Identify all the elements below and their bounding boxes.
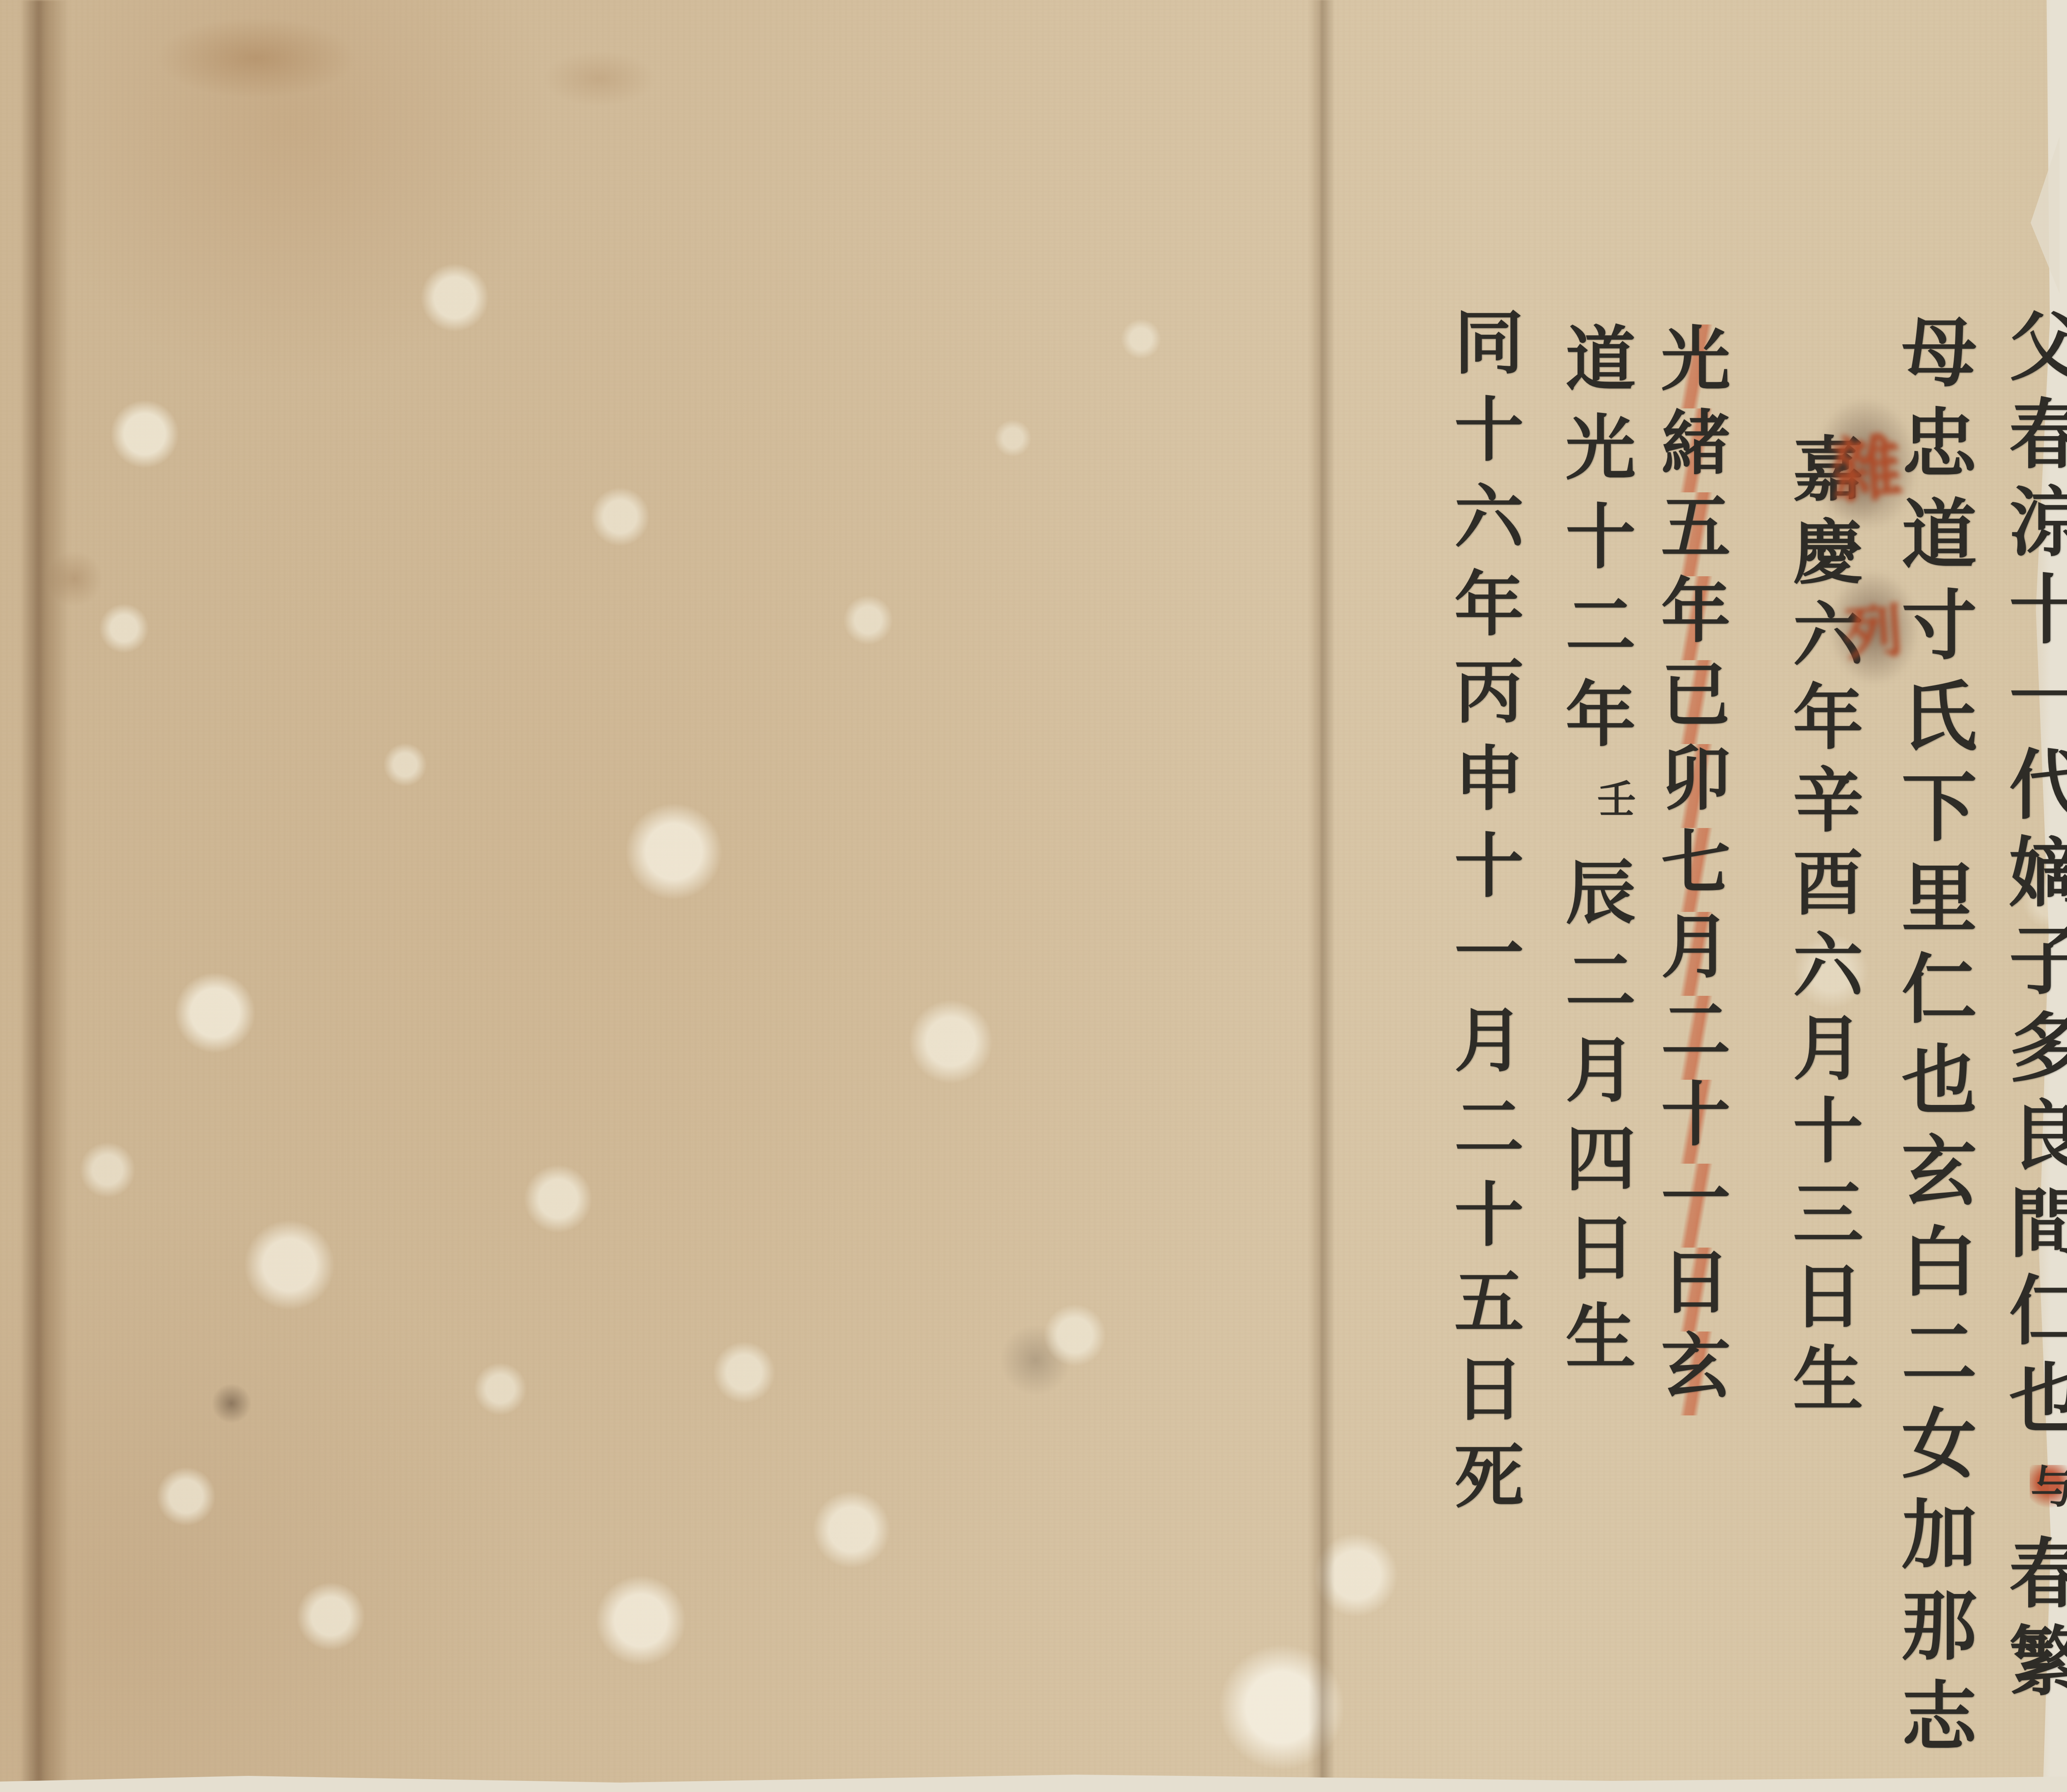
glyph: 丙 bbox=[1453, 657, 1525, 744]
glyph: 六 bbox=[1453, 482, 1525, 570]
glyph: 已 bbox=[1659, 660, 1732, 744]
glyph: 那 bbox=[1900, 1588, 1979, 1679]
glyph: 申 bbox=[1453, 744, 1525, 831]
glyph: 春 bbox=[2007, 1536, 2067, 1624]
glyph: 壬 bbox=[1597, 780, 1637, 828]
glyph: 玄 bbox=[1900, 1133, 1979, 1224]
glyph: 与 bbox=[2030, 1465, 2067, 1516]
glyph: 年 bbox=[1564, 680, 1637, 769]
glyph: 六 bbox=[1791, 931, 1865, 1014]
glyph: 十 bbox=[1791, 1096, 1865, 1179]
glyph: 月 bbox=[1564, 1036, 1637, 1124]
glyph: 年 bbox=[1659, 576, 1732, 660]
glyph: 一 bbox=[1453, 919, 1525, 1006]
glyph: 涼 bbox=[2007, 484, 2067, 572]
manuscript-page: 春靜童名戝佐父春涼十一代嫡子多良間仁也与春繁母忠道寸氏下里仁也玄白二女加那志嘉慶… bbox=[0, 0, 2067, 1792]
glyph: 五 bbox=[1659, 492, 1732, 576]
glyph: 代 bbox=[2007, 747, 2067, 835]
glyph: 月 bbox=[1791, 1014, 1865, 1096]
text-column-struck-date: 光緒五年已卯七月二十一日玄 bbox=[1659, 325, 1732, 1415]
glyph: 二 bbox=[1564, 591, 1637, 680]
glyph: 二 bbox=[1564, 947, 1637, 1036]
glyph: 生 bbox=[1791, 1344, 1865, 1427]
glyph: 三 bbox=[1791, 1179, 1865, 1262]
glyph: 父 bbox=[2007, 309, 2067, 397]
glyph: 卯 bbox=[1659, 744, 1732, 828]
glyph: 也 bbox=[2007, 1361, 2067, 1448]
glyph: 春 bbox=[2007, 397, 2067, 484]
glyph: 繁 bbox=[2007, 1624, 2067, 1711]
glyph: 良 bbox=[2007, 1098, 2067, 1186]
glyph: 日 bbox=[1659, 1248, 1732, 1331]
glyph: 辰 bbox=[1564, 858, 1637, 947]
glyph: 道 bbox=[1564, 325, 1637, 413]
glyph: 十 bbox=[1453, 1180, 1525, 1267]
glyph: 五 bbox=[1453, 1267, 1525, 1355]
text-column-second-death-date: 同十六年丙申十一月二十五日死 bbox=[1453, 308, 1525, 1529]
glyph: 氏 bbox=[1900, 679, 1979, 770]
glyph: 緒 bbox=[1659, 408, 1732, 492]
glyph: 同 bbox=[1453, 308, 1525, 395]
red-smudged-character: 雜 bbox=[1828, 411, 1905, 517]
glyph: 月 bbox=[1453, 1006, 1525, 1093]
glyph: 十 bbox=[1453, 831, 1525, 919]
glyph: 嫡 bbox=[2007, 835, 2067, 923]
glyph: 年 bbox=[1791, 683, 1865, 766]
glyph: 年 bbox=[1453, 570, 1525, 657]
glyph: 生 bbox=[1564, 1302, 1637, 1391]
glyph: 光 bbox=[1564, 413, 1637, 502]
glyph: 月 bbox=[1659, 912, 1732, 996]
ink-smudge-halo bbox=[1810, 394, 1923, 535]
glyph: 里 bbox=[1900, 861, 1979, 952]
glyph: 女 bbox=[1900, 1406, 1979, 1497]
glyph: 日 bbox=[1564, 1213, 1637, 1302]
glyph: 一 bbox=[1659, 1164, 1732, 1248]
glyph: 間 bbox=[2007, 1186, 2067, 1273]
glyph: 四 bbox=[1564, 1124, 1637, 1213]
glyph: 志 bbox=[1900, 1679, 1979, 1770]
glyph: 十 bbox=[1453, 395, 1525, 482]
glyph: 日 bbox=[1453, 1355, 1525, 1442]
glyph: 白 bbox=[1900, 1224, 1979, 1315]
glyph: 死 bbox=[1453, 1442, 1525, 1529]
text-column-father-line: 父春涼十一代嫡子多良間仁也与春繁 bbox=[2007, 309, 2067, 1711]
calligraphy-text-columns: 春靜童名戝佐父春涼十一代嫡子多良間仁也与春繁母忠道寸氏下里仁也玄白二女加那志嘉慶… bbox=[0, 0, 2067, 1792]
glyph: 日 bbox=[1791, 1262, 1865, 1344]
glyph: 辛 bbox=[1791, 766, 1865, 848]
glyph: 二 bbox=[1900, 1315, 1979, 1406]
glyph: 二 bbox=[1453, 1093, 1525, 1180]
glyph: 玄 bbox=[1659, 1331, 1732, 1415]
glyph: 仁 bbox=[2007, 1273, 2067, 1361]
glyph: 多 bbox=[2007, 1010, 2067, 1098]
glyph: 母 bbox=[1900, 315, 1979, 406]
glyph: 仁 bbox=[1900, 952, 1979, 1043]
glyph: 酉 bbox=[1791, 848, 1865, 931]
glyph: 一 bbox=[2007, 660, 2067, 747]
glyph: 加 bbox=[1900, 1497, 1979, 1588]
text-column-mother-line: 母忠道寸氏下里仁也玄白二女加那志 bbox=[1900, 315, 1979, 1770]
glyph: 十 bbox=[2007, 572, 2067, 660]
glyph: 下 bbox=[1900, 770, 1979, 861]
glyph: 也 bbox=[1900, 1043, 1979, 1133]
glyph: 二 bbox=[1659, 996, 1732, 1080]
glyph: 光 bbox=[1659, 325, 1732, 408]
glyph: 子 bbox=[2007, 923, 2067, 1010]
red-smudged-character: 列 bbox=[1842, 584, 1905, 671]
text-column-second-birth-date: 道光十二年壬辰二月四日生 bbox=[1564, 325, 1637, 1391]
glyph: 十 bbox=[1659, 1080, 1732, 1164]
ink-smudge-halo bbox=[1824, 567, 1923, 689]
glyph: 七 bbox=[1659, 828, 1732, 912]
glyph: 十 bbox=[1564, 502, 1637, 591]
